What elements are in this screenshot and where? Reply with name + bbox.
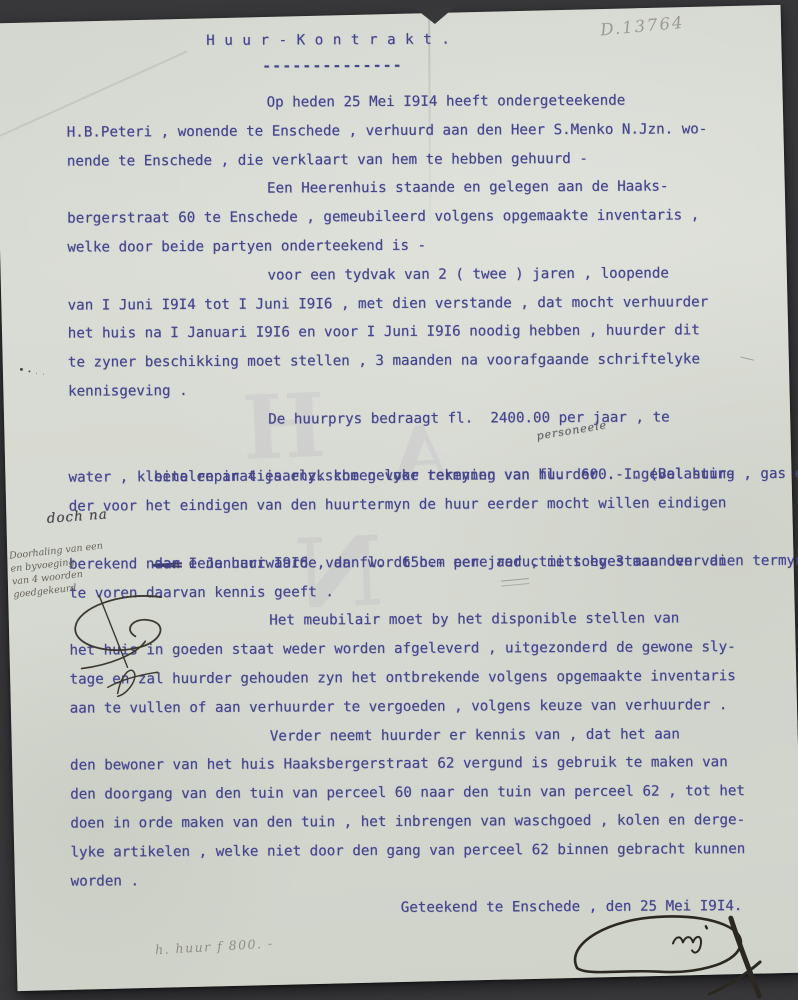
- typed-line: kennisgeving .: [68, 374, 730, 406]
- typed-line: welke door beide partyen onderteekend is…: [67, 230, 729, 262]
- typed-line: H.B.Peteri , wonende te Enschede , verhu…: [67, 115, 729, 147]
- ink-specks: [20, 368, 23, 371]
- typed-line: den bewoner van het huis Haaksbergerstra…: [70, 748, 732, 780]
- typed-line: bergerstraat 60 te Enschede , gemeubilee…: [67, 201, 729, 233]
- pencil-tick: [740, 356, 755, 363]
- document-title: H u u r - K o n t r a k t .: [206, 28, 728, 51]
- paper-surface: H A N D.13764 H u u r - K o n t r a k t …: [0, 12, 791, 984]
- typed-line: doen in orde maken van den tuin , het in…: [70, 806, 732, 838]
- typed-line: het huis na I Januari I9I6 en voor I Jun…: [68, 317, 730, 349]
- typed-line: van I Juni I9I4 tot I Juni I9I6 , met di…: [68, 288, 730, 320]
- scanned-document-page: H A N D.13764 H u u r - K o n t r a k t …: [0, 0, 798, 1000]
- typed-line: De huurprys bedraagt fl. 2400.00 per jaa…: [68, 403, 730, 435]
- margin-initials-flourish: [65, 589, 197, 674]
- typed-line: water , kleine reparaties enz. komen voo…: [68, 461, 730, 493]
- typed-line: voor een tydvak van 2 ( twee ) jaren , l…: [67, 259, 729, 291]
- typed-line: worden .: [71, 864, 733, 896]
- typed-line: doch nadan I Januari I9I6 , dan wordt he…: [69, 518, 731, 550]
- pencil-annotation: h. huur f 800. -: [155, 935, 274, 957]
- typed-line: den doorgang van den tuin van perceel 60…: [70, 777, 732, 809]
- typed-line: Een Heerenhuis staande en gelegen aan de…: [67, 173, 729, 205]
- typed-line: lyke artikelen , welke niet door den gan…: [70, 835, 732, 867]
- typed-line: Op heden 25 Mei I9I4 heeft ondergeteeken…: [66, 86, 728, 118]
- typed-line: nende te Enschede , die verklaart van he…: [67, 144, 729, 176]
- paper-sheet: H A N D.13764 H u u r - K o n t r a k t …: [0, 5, 798, 991]
- typed-line: personeelebetalen in 4 jaarlyksche gelyk…: [68, 432, 730, 464]
- typed-line: Verder neemt huurder er kennis van , dat…: [70, 720, 732, 752]
- title-underline: --------------: [262, 54, 728, 76]
- typed-line: berekend naar eene huurwaarde van fl. 65…: [69, 547, 731, 579]
- typed-line: te zyner beschikking moet stellen , 3 ma…: [68, 345, 730, 377]
- signature: [561, 905, 765, 1000]
- small-initials-flourish: [101, 663, 163, 701]
- handwritten-correction-doch-na: doch na: [46, 500, 109, 533]
- typed-line: der voor het eindigen van den huurtermyn…: [69, 489, 731, 521]
- typed-text: H u u r - K o n t r a k t . ------------…: [66, 28, 733, 925]
- typed-line: aan te vullen of aan verhuurder te vergo…: [70, 691, 732, 723]
